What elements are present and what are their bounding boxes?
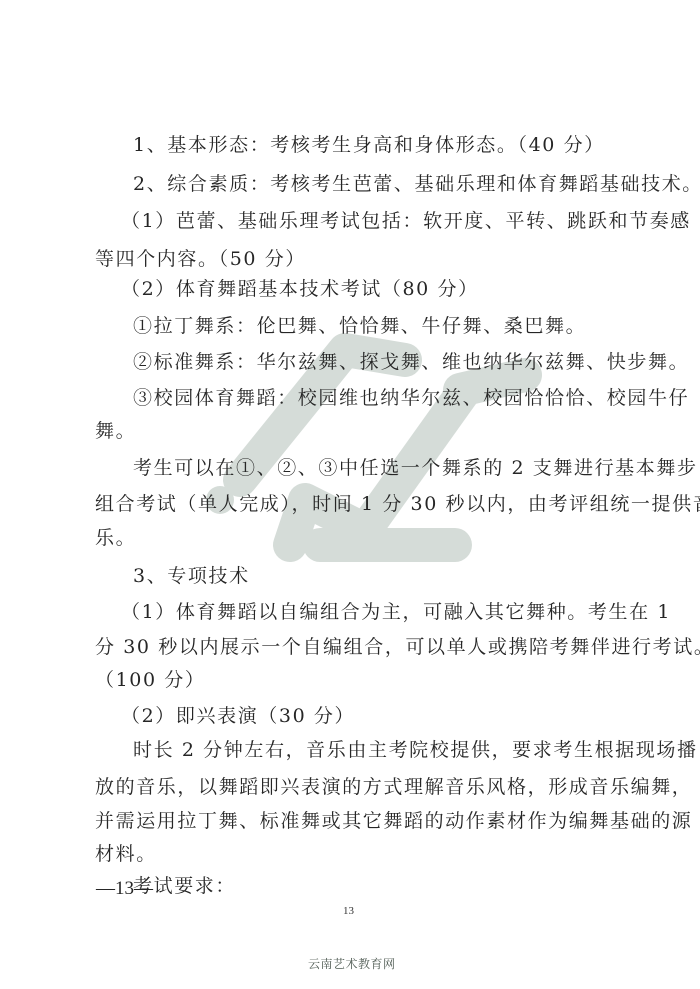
text-line: （2）即兴表演（30 分） xyxy=(121,704,681,728)
text-line: 1、基本形态：考核考生身高和身体形态。（40 分） xyxy=(133,133,693,157)
text-line: 材料。 xyxy=(95,842,655,866)
text-line: 等四个内容。（50 分） xyxy=(95,247,655,271)
text-line: 乐。 xyxy=(95,526,655,550)
text-line: ①拉丁舞系：伦巴舞、恰恰舞、牛仔舞、桑巴舞。 xyxy=(133,314,693,338)
text-line: （1）芭蕾、基础乐理考试包括：软开度、平转、跳跃和节奏感 xyxy=(121,209,681,233)
text-line: （100 分） xyxy=(95,668,655,692)
text-line: （1）体育舞蹈以自编组合为主，可融入其它舞种。考生在 1 xyxy=(121,600,681,624)
text-line: （2）体育舞蹈基本技术考试（80 分） xyxy=(121,277,681,301)
text-line: 3、专项技术 xyxy=(133,564,693,588)
text-line: 分 30 秒以内展示一个自编组合，可以单人或携陪考舞伴进行考试。 xyxy=(95,635,655,659)
text-line: 组合考试（单人完成），时间 1 分 30 秒以内，由考评组统一提供音 xyxy=(95,492,655,516)
text-line: 放的音乐，以舞蹈即兴表演的方式理解音乐风格，形成音乐编舞， xyxy=(95,775,655,799)
text-line: 考试要求： xyxy=(133,874,693,898)
text-line: 2、综合素质：考核考生芭蕾、基础乐理和体育舞蹈基础技术。 xyxy=(133,172,693,196)
text-line: ③校园体育舞蹈：校园维也纳华尔兹、校园恰恰恰、校园牛仔 xyxy=(133,386,693,410)
text-line: 并需运用拉丁舞、标准舞或其它舞蹈的动作素材作为编舞基础的源 xyxy=(95,809,655,833)
text-line: ②标准舞系：华尔兹舞、探戈舞、维也纳华尔兹舞、快步舞。 xyxy=(133,350,693,374)
site-watermark: 云南艺术教育网 xyxy=(308,955,396,972)
text-line: 考生可以在①、②、③中任选一个舞系的 2 支舞进行基本舞步 xyxy=(133,456,693,480)
text-line: 时长 2 分钟左右，音乐由主考院校提供，要求考生根据现场播 xyxy=(133,738,693,762)
text-line: 舞。 xyxy=(95,419,655,443)
page-number: 13 xyxy=(343,905,354,917)
document-page: 1、基本形态：考核考生身高和身体形态。（40 分）2、综合素质：考核考生芭蕾、基… xyxy=(0,0,700,989)
